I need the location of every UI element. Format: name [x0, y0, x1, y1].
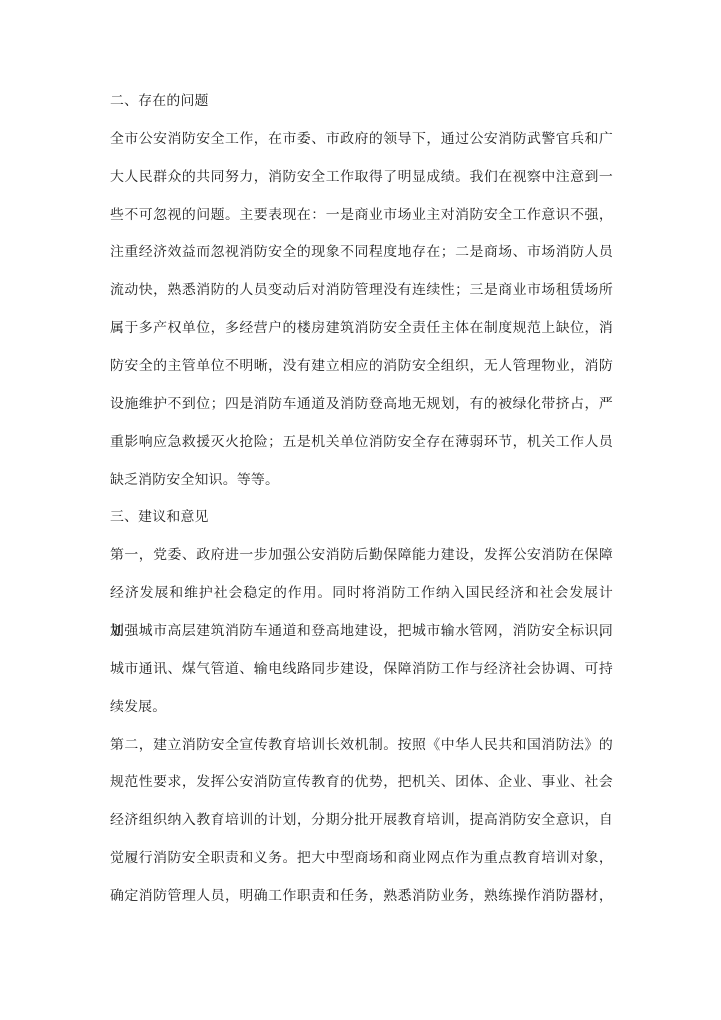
document-page: 二、存在的问题 全市公安消防安全工作，在市委、市政府的领导下，通过公安消防武警官… — [0, 0, 721, 1020]
text-line: 第一，党委、政府进一步加强公安消防后勤保障能力建设，发挥公安消防在保障 — [110, 537, 613, 575]
text-line: 经济组织纳入教育培训的计划，分期分批开展教育培训，提高消防安全意识，自 — [110, 802, 613, 840]
text-line: 缺乏消防安全知识。等等。 — [110, 462, 613, 500]
text-line: 续发展。 — [110, 689, 613, 727]
text-line: 流动快，熟悉消防的人员变动后对消防管理没有连续性；三是商业市场租赁场所 — [110, 272, 613, 310]
document-text-block: 二、存在的问题 全市公安消防安全工作，在市委、市政府的领导下，通过公安消防武警官… — [110, 83, 613, 916]
text-line: 城市通讯、煤气管道、输电线路同步建设，保障消防工作与经济社会协调、可持 — [110, 651, 613, 689]
text-line: 规范性要求，发挥公安消防宣传教育的优势，把机关、团体、企业、事业、社会 — [110, 764, 613, 802]
text-line: 属于多产权单位，多经营户的楼房建筑消防安全责任主体在制度规范上缺位，消 — [110, 310, 613, 348]
text-line: 注重经济效益而忽视消防安全的现象不同程度地存在；二是商场、市场消防人员 — [110, 234, 613, 272]
section-heading: 二、存在的问题 — [110, 83, 613, 121]
section-heading: 三、建议和意见 — [110, 499, 613, 537]
text-line: 些不可忽视的问题。主要表现在：一是商业市场业主对消防安全工作意识不强， — [110, 197, 613, 235]
text-line: 大人民群众的共同努力，消防安全工作取得了明显成绩。我们在视察中注意到一 — [110, 159, 613, 197]
text-line: 全市公安消防安全工作，在市委、市政府的领导下，通过公安消防武警官兵和广 — [110, 121, 613, 159]
text-line: 觉履行消防安全职责和义务。把大中型商场和商业网点作为重点教育培训对象， — [110, 840, 613, 878]
text-line: 第二，建立消防安全宣传教育培训长效机制。按照《中华人民共和国消防法》的 — [110, 727, 613, 765]
text-line: 确定消防管理人员，明确工作职责和任务，熟悉消防业务，熟练操作消防器材， — [110, 878, 613, 916]
text-line: 经济发展和维护社会稳定的作用。同时将消防工作纳入国民经济和社会发展计划， — [110, 575, 613, 613]
text-line: 加强城市高层建筑消防车通道和登高地建设，把城市输水管网，消防安全标识同 — [110, 613, 613, 651]
text-line: 设施维护不到位；四是消防车通道及消防登高地无规划，有的被绿化带挤占，严 — [110, 386, 613, 424]
text-line: 重影响应急救援灭火抢险；五是机关单位消防安全存在薄弱环节，机关工作人员 — [110, 424, 613, 462]
text-line: 防安全的主管单位不明晰，没有建立相应的消防安全组织，无人管理物业，消防 — [110, 348, 613, 386]
